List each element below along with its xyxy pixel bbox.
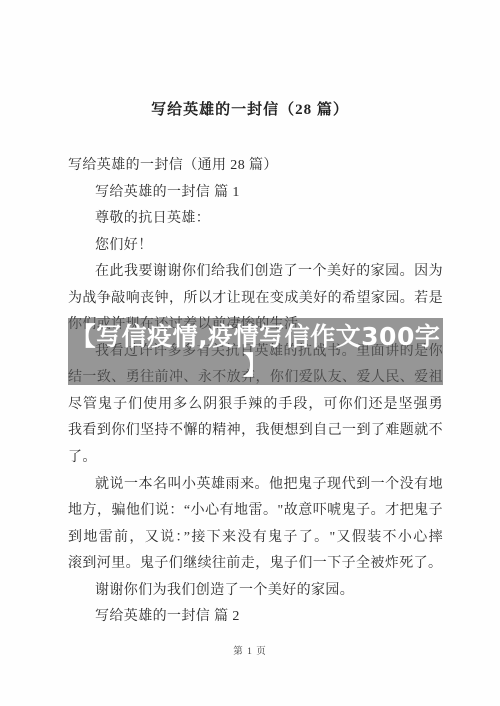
text-line: 写给英雄的一封信（通用 28 篇） bbox=[68, 153, 443, 180]
text-line: 尊敬的抗日英雄： bbox=[68, 206, 443, 233]
text-line: 写给英雄的一封信 篇 1 bbox=[68, 180, 443, 207]
watermark-banner: 【写信疫情,疫情写信作文300字 】 bbox=[68, 318, 443, 385]
page-number: 第 1 页 bbox=[0, 643, 500, 657]
text-line: 谢谢你们为我们创造了一个美好的家园。 bbox=[68, 578, 443, 605]
text-line: 在此我要谢谢你们给我们创造了一个美好的家园。因为你们 bbox=[68, 259, 443, 286]
text-line: 地方，骗他们说：“小心有地雷。"故意吓唬鬼子。才把鬼子带 bbox=[68, 498, 443, 525]
text-line: 我看到你们坚持不懈的精神，我便想到自己一到了难题就不想做 bbox=[68, 418, 443, 445]
document-title: 写给英雄的一封信（28 篇） bbox=[0, 98, 500, 119]
document-body: 写给英雄的一封信（通用 28 篇）写给英雄的一封信 篇 1尊敬的抗日英雄：您们好… bbox=[68, 153, 443, 631]
text-line: 尽管鬼子们使用多么阴狠手辣的手段，可你们还是坚强勇敢。当 bbox=[68, 392, 443, 419]
text-line: 了。 bbox=[68, 445, 443, 472]
text-line: 滚到河里。鬼子们继续往前走，鬼子们一下子全被炸死了。 bbox=[68, 551, 443, 578]
text-line: 写给英雄的一封信 篇 2 bbox=[68, 604, 443, 631]
text-line: 就说一本名叫小英雄雨来。他把鬼子现代到一个没有地雷的 bbox=[68, 472, 443, 499]
watermark-text-line1: 【写信疫情,疫情写信作文300字 bbox=[68, 322, 443, 352]
text-line: 为战争敲响丧钟，所以才让现在变成美好的希望家园。若是没了 bbox=[68, 286, 443, 313]
text-line: 您们好！ bbox=[68, 233, 443, 260]
document-page: 写给英雄的一封信（28 篇） 写给英雄的一封信（通用 28 篇）写给英雄的一封信… bbox=[0, 0, 500, 706]
text-line: 到地雷前，又说：”接下来没有鬼子了。"又假装不小心摔倒， bbox=[68, 525, 443, 552]
watermark-text-line2: 】 bbox=[68, 352, 443, 380]
